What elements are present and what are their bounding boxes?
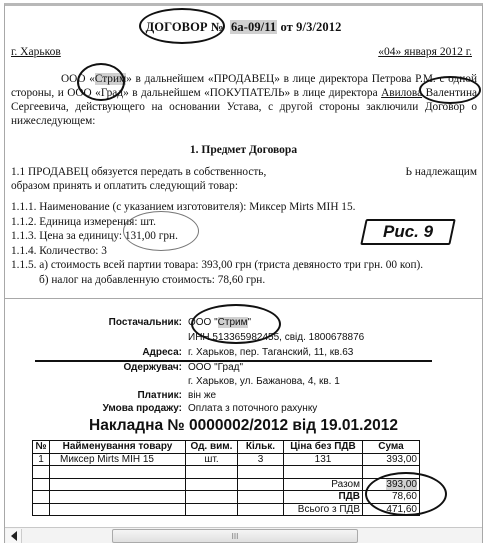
empty-cell (50, 503, 186, 516)
figure-label: Рис. 9 (360, 219, 456, 245)
buyer-director: Авилова (381, 87, 422, 99)
contract-document: ДОГОВОР № 6а-09/11 от 9/3/2012 г. Харько… (5, 6, 482, 296)
recipient-address: г. Харьков, ул. Бажанова, 4, кв. 1 (188, 376, 340, 388)
clause-item: 1.1.2. Единица измерения: шт. (11, 215, 423, 230)
table-header-row: № Найменування товару Од. вим. Кільк. Ці… (33, 441, 420, 454)
total-value: 393,00 (363, 478, 420, 491)
clause-item: б) налог на добавленную стоимость: 78,60… (11, 273, 423, 288)
supplier-row: Постачальник: ООО "Стрим" (5, 317, 482, 329)
empty-cell (238, 491, 284, 504)
total-amount: 393,00 (386, 479, 417, 490)
contract-city: г. Харьков (11, 46, 61, 58)
empty-cell (186, 478, 238, 491)
empty-cell (284, 466, 363, 479)
empty-cell (50, 466, 186, 479)
total-row: Разом 393,00 (33, 478, 420, 491)
payer-row: Платник: він же (5, 390, 482, 402)
scroll-left-arrow-icon[interactable] (6, 529, 22, 543)
empty-cell (238, 466, 284, 479)
invoice-title: Накладна № 0000002/2012 від 19.01.2012 (5, 417, 482, 435)
cell-quantity: 3 (238, 453, 284, 466)
empty-cell (186, 466, 238, 479)
cell-number: 1 (33, 453, 50, 466)
supplier-ids: ИНН 513365982455, свід. 1800678876 (188, 332, 364, 344)
address-row: Адреса: г. Харьков, пер. Таганский, 11, … (5, 347, 482, 359)
clause-item: 1.1.5. а) стоимость всей партии товара: … (11, 258, 423, 273)
empty-cell (33, 503, 50, 516)
empty-cell (238, 478, 284, 491)
document-viewport: ДОГОВОР № 6а-09/11 от 9/3/2012 г. Харько… (4, 3, 483, 543)
recipient-address-row: г. Харьков, ул. Бажанова, 4, кв. 1 (5, 376, 482, 388)
empty-cell (33, 478, 50, 491)
title-from: от (281, 20, 293, 34)
empty-cell (238, 503, 284, 516)
table-row: 1 Миксер Mirts MIH 15 шт. 3 131 393,00 (33, 453, 420, 466)
address-value: г. Харьков, пер. Таганский, 11, кв.63 (188, 347, 353, 359)
cell-sum: 393,00 (363, 453, 420, 466)
grip-icon: III (232, 532, 239, 541)
supplier-prefix: ООО " (188, 317, 218, 328)
clause-1-1: 1.1 ПРОДАВЕЦ обязуется передать в собств… (11, 165, 477, 193)
empty-cell (50, 478, 186, 491)
column-header: Найменування товару (50, 441, 186, 454)
cell-product: Миксер Mirts MIH 15 (50, 453, 186, 466)
payer-label: Платник: (137, 390, 182, 402)
cell-unit: шт. (186, 453, 238, 466)
recipient-value: ООО "Град" (188, 362, 243, 374)
column-header: Од. вим. (186, 441, 238, 454)
supplier-ids-row: ИНН 513365982455, свід. 1800678876 (5, 332, 482, 344)
empty-cell (186, 503, 238, 516)
vat-label: ПДВ (284, 491, 363, 504)
clause-text: образом принять и оплатить следующий тов… (11, 179, 477, 193)
empty-cell (186, 491, 238, 504)
terms-value: Оплата з поточного рахунку (188, 403, 317, 415)
vat-row: ПДВ 78,60 (33, 491, 420, 504)
contract-date: 9/3/2012 (296, 20, 341, 34)
contract-signing-date: «04» января 2012 г. (378, 46, 472, 58)
column-header: № (33, 441, 50, 454)
section-divider (5, 298, 482, 299)
empty-cell (33, 466, 50, 479)
section-title: 1. Предмет Договора (5, 144, 482, 156)
invoice-table: № Найменування товару Од. вим. Кільк. Ці… (32, 440, 420, 516)
column-header: Сума (363, 441, 420, 454)
recipient-label: Одержувач: (123, 362, 182, 374)
address-label: Адреса: (142, 347, 182, 359)
clause-text: Ь надлежащим (406, 165, 477, 179)
title-prefix: ДОГОВОР № (146, 20, 224, 34)
contract-intro: ООО «Стрим» в дальнейшем «ПРОДАВЕЦ» в ли… (11, 72, 477, 128)
vat-value: 78,60 (363, 491, 420, 504)
table-row-empty (33, 466, 420, 479)
supplier-suffix: " (248, 317, 252, 328)
horizontal-scrollbar[interactable]: III (5, 527, 482, 543)
terms-label: Умова продажу: (103, 403, 182, 415)
supplier-name: Стрим (218, 317, 248, 328)
empty-cell (363, 466, 420, 479)
supplier-value: ООО "Стрим" (188, 317, 251, 329)
payer-value: він же (188, 390, 216, 402)
terms-row: Умова продажу: Оплата з поточного рахунк… (5, 403, 482, 415)
total-label: Разом (284, 478, 363, 491)
seller-name: Стрим (95, 73, 126, 85)
scrollbar-thumb[interactable]: III (112, 529, 358, 543)
column-header: Кільк. (238, 441, 284, 454)
clause-item: 1.1.1. Наименование (с указанием изготов… (11, 200, 423, 215)
grand-total-value: 471,60 (363, 503, 420, 516)
supplier-label: Постачальник: (109, 317, 182, 329)
contract-number: 6а-09/11 (230, 20, 277, 34)
figure-label-text: Рис. 9 (383, 222, 433, 242)
contract-title: ДОГОВОР № 6а-09/11 от 9/3/2012 (5, 20, 482, 35)
intro-text: ООО « (61, 73, 95, 85)
grand-total-row: Всього з ПДВ 471,60 (33, 503, 420, 516)
empty-cell (33, 491, 50, 504)
clause-item: 1.1.4. Количество: 3 (11, 244, 423, 259)
column-header: Ціна без ПДВ (284, 441, 363, 454)
cell-price: 131 (284, 453, 363, 466)
clause-text: 1.1 ПРОДАВЕЦ обязуется передать в собств… (11, 165, 266, 179)
empty-cell (50, 491, 186, 504)
recipient-row: Одержувач: ООО "Град" (5, 362, 482, 374)
grand-total-label: Всього з ПДВ (284, 503, 363, 516)
